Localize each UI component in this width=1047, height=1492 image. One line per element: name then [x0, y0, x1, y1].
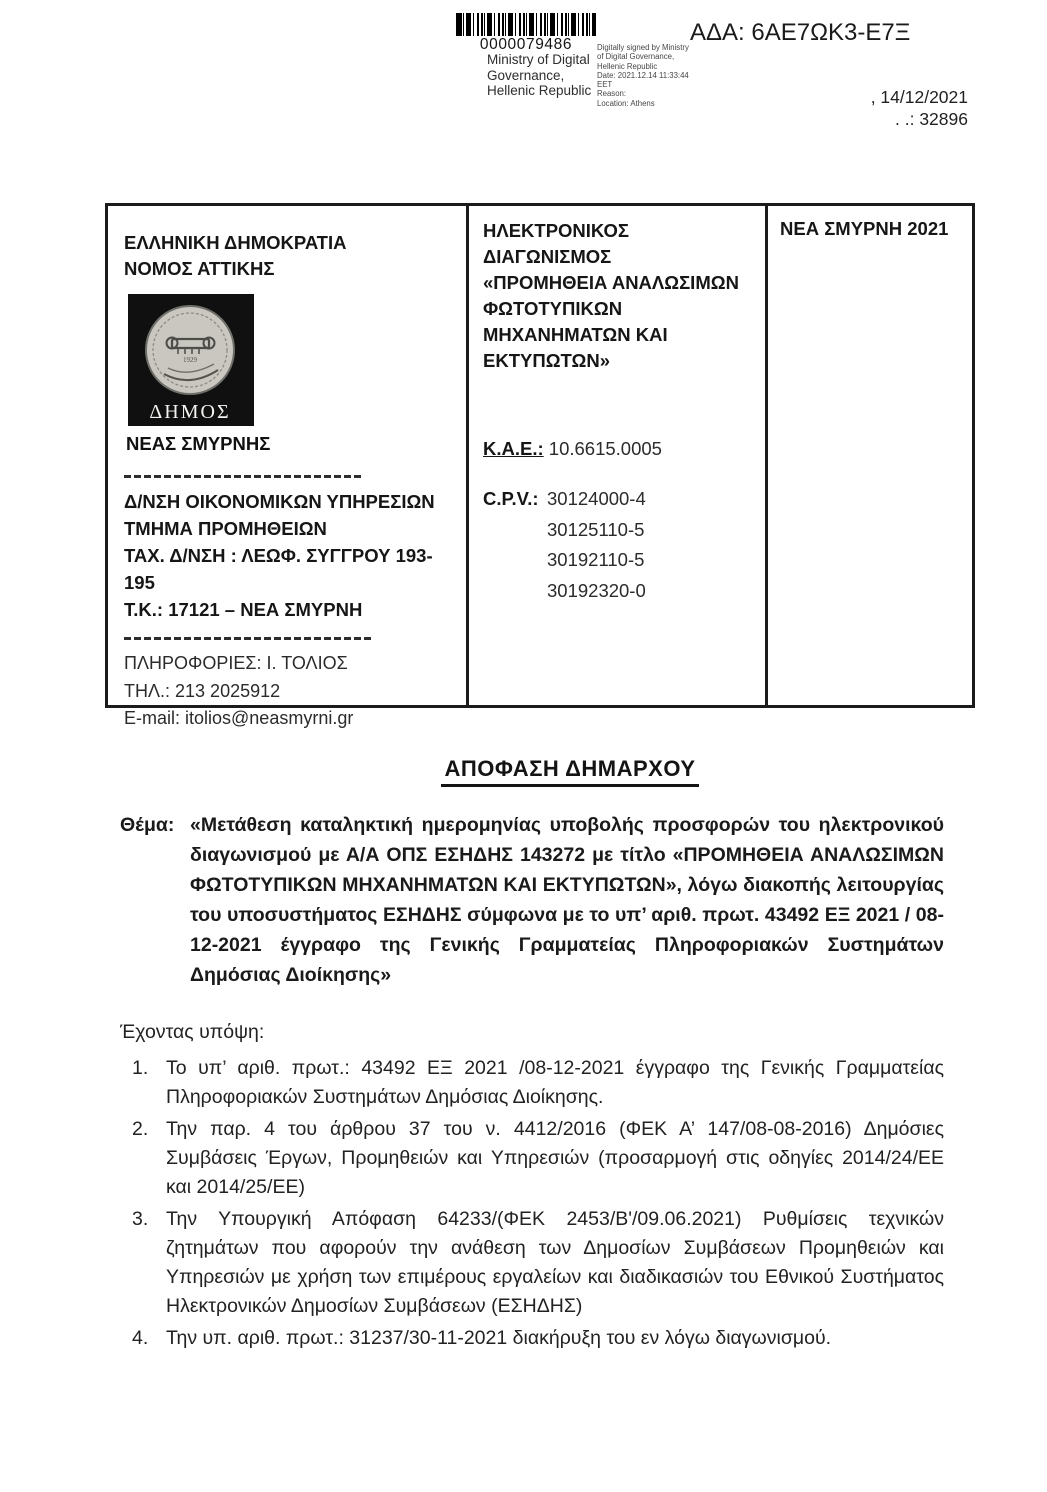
tender-title-line: ΕΚΤΥΠΩΤΩΝ»: [483, 348, 753, 374]
signature-line: Location: Athens: [597, 99, 689, 108]
tender-title-line: ΗΛΕΚΤΡΟΝΙΚΟΣ ΔΙΑΓΩΝΙΣΜΟΣ: [483, 218, 753, 270]
list-item: 4. Την υπ. αριθ. πρωτ.: 31237/30-11-2021…: [120, 1324, 944, 1353]
ministry-line: Hellenic Republic: [487, 83, 591, 99]
directorate-label: Δ/ΝΣΗ ΟΙΚΟΝΟΜΙΚΩΝ ΥΠΗΡΕΣΙΩΝ: [124, 488, 456, 515]
authority-cell: ΕΛΛΗΝΙΚΗ ΔΗΜΟΚΡΑΤΙΑ ΝΟΜΟΣ ΑΤΤΙΚΗΣ 1929: [108, 206, 469, 705]
tender-title-line: ΦΩΤΟΤΥΠΙΚΩΝ: [483, 296, 753, 322]
contact-person: ΠΛΗΡΟΦΟΡΙΕΣ: Ι. ΤΟΛΙΟΣ: [124, 650, 456, 678]
list-item: 3. Την Υπουργική Απόφαση 64233/(ΦΕΚ 2453…: [120, 1205, 944, 1321]
ministry-signature-name: Ministry of Digital Governance, Hellenic…: [487, 52, 591, 99]
letterhead-table: ΕΛΛΗΝΙΚΗ ΔΗΜΟΚΡΑΤΙΑ ΝΟΜΟΣ ΑΤΤΙΚΗΣ 1929: [105, 203, 975, 708]
seal-text: ΔΗΜΟΣ: [149, 401, 230, 423]
list-item-text: Την υπ. αριθ. πρωτ.: 31237/30-11-2021 δι…: [166, 1324, 944, 1353]
department-label: ΤΜΗΜΑ ΠΡΟΜΗΘΕΙΩΝ: [124, 515, 456, 542]
signature-line: EET: [597, 80, 689, 89]
dashed-divider: [124, 637, 372, 640]
contact-phone: ΤΗΛ.: 213 2025912: [124, 678, 456, 706]
list-item-text: Την Υπουργική Απόφαση 64233/(ΦΕΚ 2453/Β'…: [166, 1205, 944, 1321]
cpv-row: C.P.V.: 30124000-4 30125110-5 30192110-5…: [483, 484, 753, 606]
cpv-code: 30125110-5: [547, 515, 646, 546]
ada-code: ΑΔΑ: 6ΑΕ7ΩΚ3-Ε7Ξ: [690, 19, 910, 47]
municipality-name: ΝΕΑΣ ΣΜΥΡΝΗΣ: [126, 433, 456, 455]
document-date: , 14/12/2021: [871, 86, 968, 108]
kae-row: Κ.Α.Ε.: 10.6615.0005: [483, 438, 753, 460]
year-cell: ΝΕΑ ΣΜΥΡΝΗ 2021: [768, 206, 972, 705]
list-item: 1. Το υπ’ αριθ. πρωτ.: 43492 ΕΞ 2021 /08…: [120, 1054, 944, 1112]
prefecture-label: ΝΟΜΟΣ ΑΤΤΙΚΗΣ: [124, 256, 456, 282]
contact-email: E-mail: itolios@neasmyrni.gr: [124, 705, 456, 733]
date-protocol-block: , 14/12/2021 . .: 32896: [871, 86, 968, 130]
subject-label: Θέμα:: [120, 810, 190, 990]
signature-line: of Digital Governance,: [597, 52, 689, 61]
list-item-text: Το υπ’ αριθ. πρωτ.: 43492 ΕΞ 2021 /08-12…: [166, 1054, 944, 1112]
subject-paragraph: Θέμα: «Μετάθεση καταληκτική ημερομηνίας …: [120, 810, 944, 990]
municipality-seal: 1929 ΔΗΜΟΣ: [128, 294, 254, 426]
cpv-values: 30124000-4 30125110-5 30192110-5 3019232…: [547, 484, 646, 606]
postal-address: ΤΑΧ. Δ/ΝΣΗ : ΛΕΩΦ. ΣΥΓΓΡΟΥ 193-195: [124, 542, 456, 596]
list-item-text: Την παρ. 4 του άρθρου 37 του ν. 4412/201…: [166, 1115, 944, 1202]
postal-code: Τ.Κ.: 17121 – ΝΕΑ ΣΜΥΡΝΗ: [124, 596, 456, 623]
decision-heading: ΑΠΟΦΑΣΗ ΔΗΜΑΡΧΟΥ: [160, 756, 980, 787]
protocol-number: . .: 32896: [871, 108, 968, 130]
signature-line: Hellenic Republic: [597, 62, 689, 71]
list-item-number: 1.: [120, 1054, 166, 1112]
list-item: 2. Την παρ. 4 του άρθρου 37 του ν. 4412/…: [120, 1115, 944, 1202]
ministry-line: Ministry of Digital: [487, 52, 591, 68]
ministry-line: Governance,: [487, 68, 591, 84]
cpv-code: 30192320-0: [547, 576, 646, 607]
signature-line: Date: 2021.12.14 11:33:44: [597, 71, 689, 80]
decision-heading-text: ΑΠΟΦΑΣΗ ΔΗΜΑΡΧΟΥ: [441, 756, 698, 787]
dashed-divider: [124, 475, 364, 478]
list-item-number: 2.: [120, 1115, 166, 1202]
tender-title-line: ΜΗΧΑΝΗΜΑΤΩΝ ΚΑΙ: [483, 322, 753, 348]
preamble: Έχοντας υπόψη:: [120, 1021, 264, 1044]
kae-value: 10.6615.0005: [549, 438, 662, 459]
place-year-label: ΝΕΑ ΣΜΥΡΝΗ 2021: [780, 218, 964, 240]
signature-line: Digitally signed by Ministry: [597, 43, 689, 52]
subject-text: «Μετάθεση καταληκτική ημερομηνίας υποβολ…: [190, 810, 944, 990]
list-item-number: 4.: [120, 1324, 166, 1353]
list-item-number: 3.: [120, 1205, 166, 1321]
considerations-list: 1. Το υπ’ αριθ. πρωτ.: 43492 ΕΞ 2021 /08…: [120, 1054, 944, 1356]
kae-label: Κ.Α.Ε.:: [483, 438, 544, 459]
signature-line: Reason:: [597, 89, 689, 98]
cpv-label: C.P.V.:: [483, 484, 547, 606]
cpv-code: 30124000-4: [547, 484, 646, 515]
tender-cell: ΗΛΕΚΤΡΟΝΙΚΟΣ ΔΙΑΓΩΝΙΣΜΟΣ «ΠΡΟΜΗΘΕΙΑ ΑΝΑΛ…: [469, 206, 768, 705]
cpv-code: 30192110-5: [547, 545, 646, 576]
document-page: 0000079486 Ministry of Digital Governanc…: [0, 0, 1047, 1492]
digital-signature-details: Digitally signed by Ministry of Digital …: [597, 43, 689, 108]
tender-title-line: «ΠΡΟΜΗΘΕΙΑ ΑΝΑΛΩΣΙΜΩΝ: [483, 270, 753, 296]
barcode: [456, 13, 596, 36]
svg-text:1929: 1929: [183, 356, 198, 364]
country-label: ΕΛΛΗΝΙΚΗ ΔΗΜΟΚΡΑΤΙΑ: [124, 230, 456, 256]
